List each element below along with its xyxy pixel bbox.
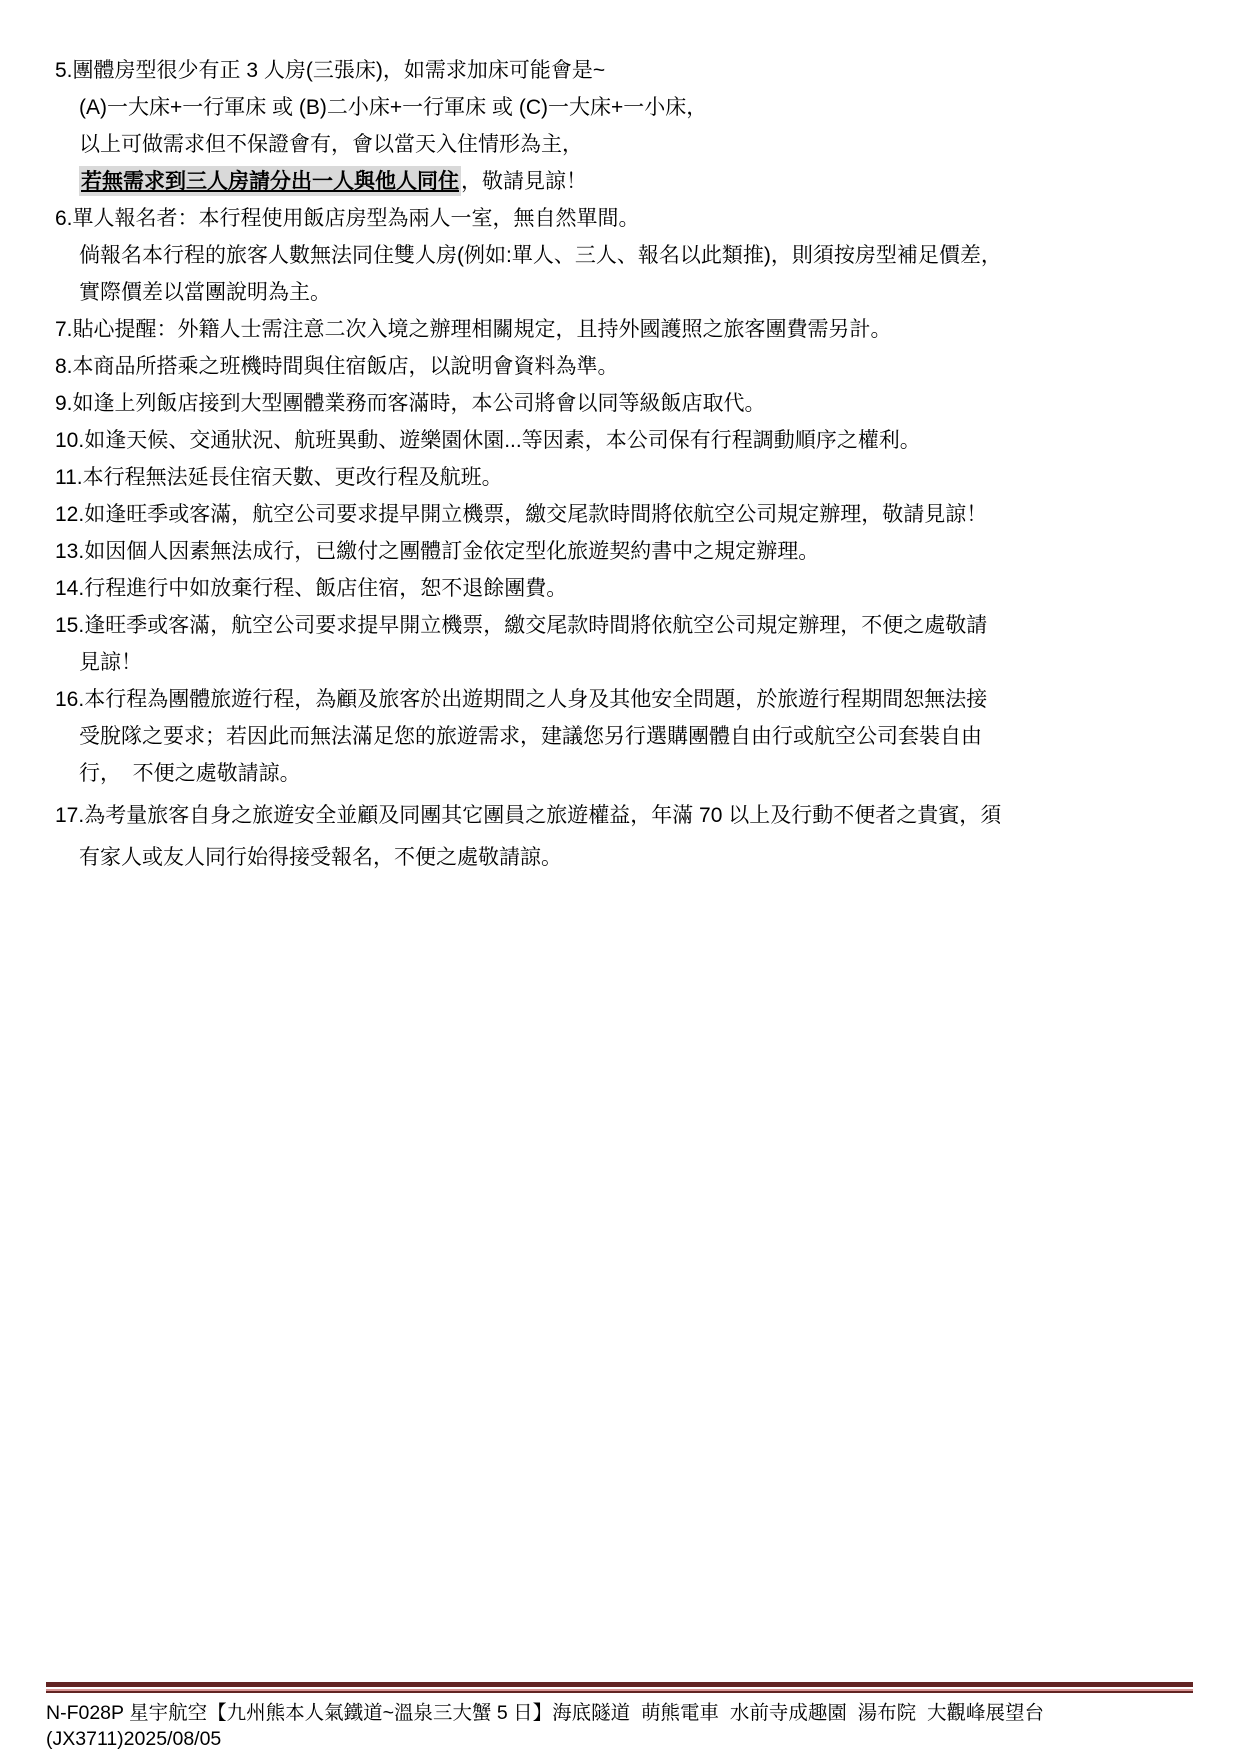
footer-rule-thin: [46, 1691, 1193, 1693]
note-14: 14.行程進行中如放棄行程、飯店住宿，恕不退餘團費。: [55, 570, 1191, 607]
note-16-line-2: 受脫隊之要求；若因此而無法滿足您的旅遊需求，建議您另行選購團體自由行或航空公司套…: [55, 718, 1191, 755]
footer-text: N-F028P 星宇航空【九州熊本人氣鐵道~溫泉三大蟹 5 日】海底隧道 萌熊電…: [46, 1700, 1193, 1752]
note-11: 11.本行程無法延長住宿天數、更改行程及航班。: [55, 459, 1191, 496]
note-15-line-2: 見諒！: [55, 644, 1191, 681]
note-15-line-1: 15.逢旺季或客滿，航空公司要求提早開立機票，繳交尾款時間將依航空公司規定辦理，…: [55, 607, 1191, 644]
note-5-line-1: 5.團體房型很少有正 3 人房(三張床)，如需求加床可能會是~: [55, 52, 1191, 89]
note-17-line-1: 17.為考量旅客自身之旅遊安全並顧及同團其它團員之旅遊權益，年滿 70 以上及行…: [55, 797, 1191, 834]
note-5-highlighted-phrase: 若無需求到三人房請分出一人與他人同住: [79, 166, 461, 196]
note-8: 8.本商品所搭乘之班機時間與住宿飯店，以說明會資料為準。: [55, 348, 1191, 385]
note-6-line-2: 倘報名本行程的旅客人數無法同住雙人房(例如:單人、三人、報名以此類推)，則須按房…: [55, 237, 1191, 274]
terms-list: 5.團體房型很少有正 3 人房(三張床)，如需求加床可能會是~ (A)一大床+一…: [55, 52, 1191, 876]
note-13: 13.如因個人因素無法成行，已繳付之團體訂金依定型化旅遊契約書中之規定辦理。: [55, 533, 1191, 570]
note-16-line-1: 16.本行程為團體旅遊行程，為顧及旅客於出遊期間之人身及其他安全問題，於旅遊行程…: [55, 681, 1191, 718]
note-5-line-3: 以上可做需求但不保證會有，會以當天入住情形為主，: [55, 126, 1191, 163]
note-10: 10.如逢天候、交通狀況、航班異動、遊樂園休園...等因素，本公司保有行程調動順…: [55, 422, 1191, 459]
document-page: 5.團體房型很少有正 3 人房(三張床)，如需求加床可能會是~ (A)一大床+一…: [0, 0, 1241, 1755]
note-9: 9.如逢上列飯店接到大型團體業務而客滿時，本公司將會以同等級飯店取代。: [55, 385, 1191, 422]
note-17-line-2: 有家人或友人同行始得接受報名，不便之處敬請諒。: [55, 839, 1191, 876]
note-6-line-3: 實際價差以當團說明為主。: [55, 274, 1191, 311]
note-5-line-2: (A)一大床+一行軍床 或 (B)二小床+一行軍床 或 (C)一大床+一小床，: [55, 89, 1191, 126]
note-12: 12.如逢旺季或客滿，航空公司要求提早開立機票，繳交尾款時間將依航空公司規定辦理…: [55, 496, 1191, 533]
page-footer: N-F028P 星宇航空【九州熊本人氣鐵道~溫泉三大蟹 5 日】海底隧道 萌熊電…: [46, 1682, 1193, 1752]
note-6-line-1: 6.單人報名者：本行程使用飯店房型為兩人一室，無自然單間。: [55, 200, 1191, 237]
note-5-suffix: ，敬請見諒！: [461, 170, 587, 193]
note-7: 7.貼心提醒：外籍人士需注意二次入境之辦理相關規定，且持外國護照之旅客團費需另計…: [55, 311, 1191, 348]
note-5-line-4: 若無需求到三人房請分出一人與他人同住，敬請見諒！: [55, 163, 1191, 200]
note-16-line-3: 行， 不便之處敬請諒。: [55, 755, 1191, 792]
